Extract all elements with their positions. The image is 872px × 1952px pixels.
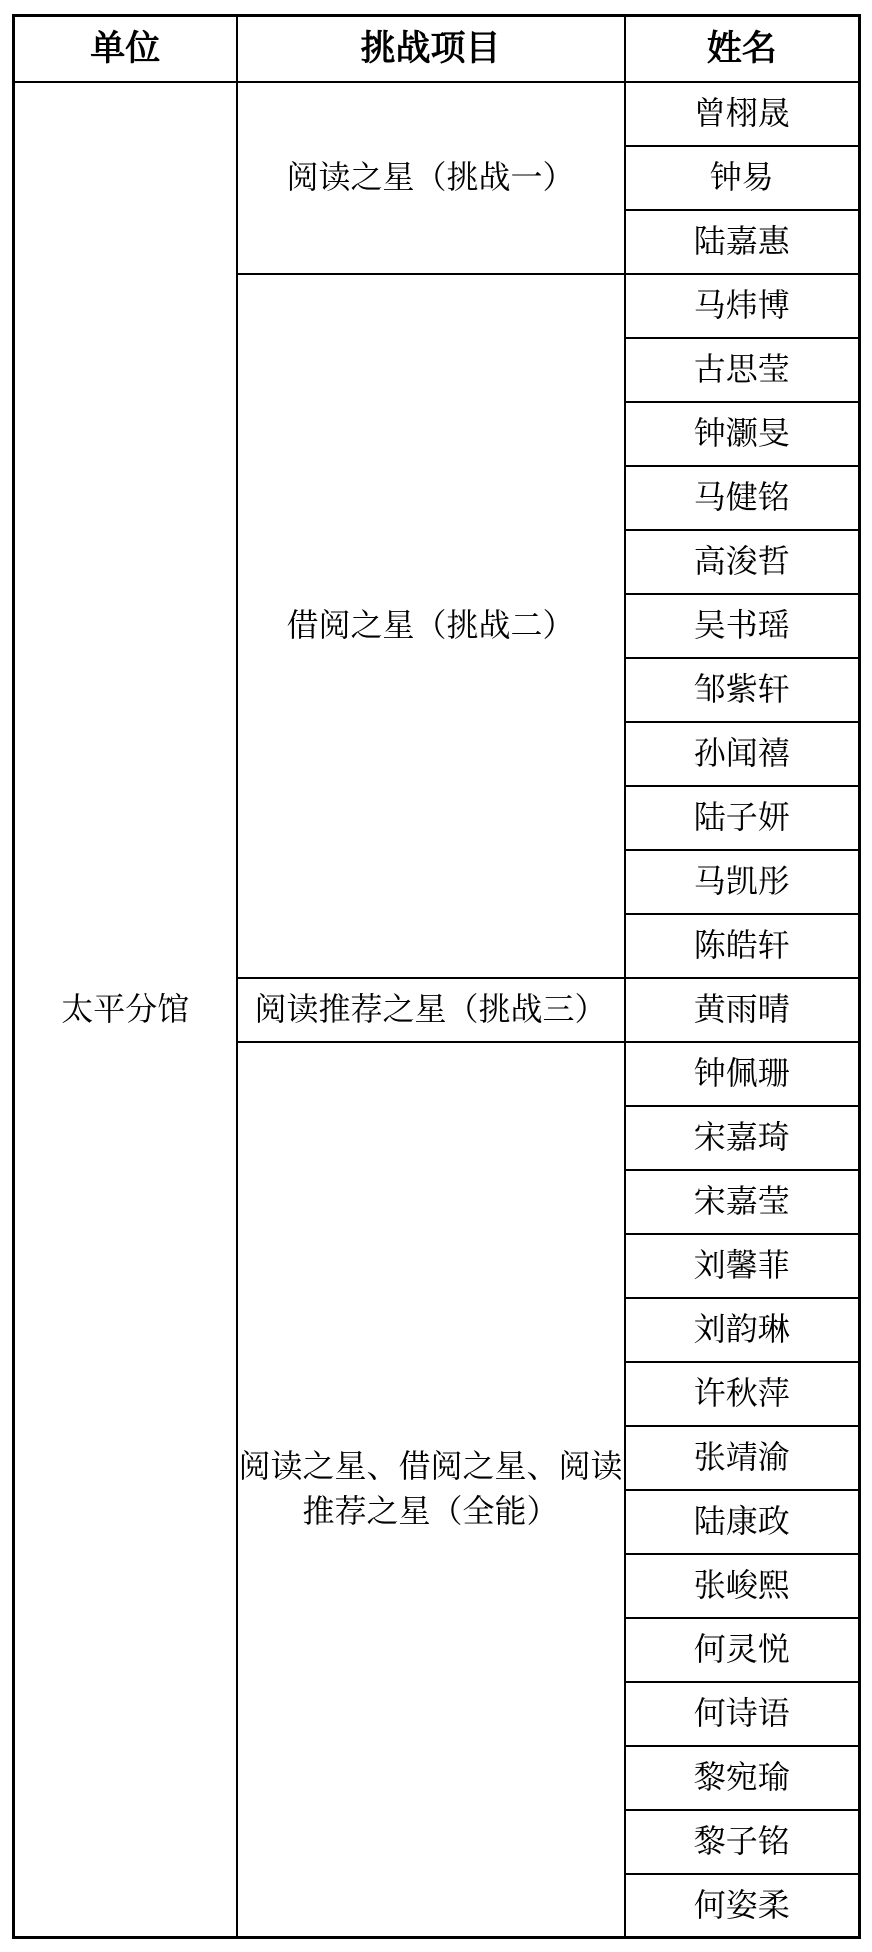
name-cell: 陆子妍 — [625, 786, 860, 850]
awards-table: 单位 挑战项目 姓名 太平分馆阅读之星（挑战一）曾栩晟钟易陆嘉惠借阅之星（挑战二… — [12, 14, 861, 1939]
project-cell: 借阅之星（挑战二） — [237, 274, 625, 978]
name-cell: 许秋萍 — [625, 1362, 860, 1426]
name-cell: 陆康政 — [625, 1490, 860, 1554]
header-project: 挑战项目 — [237, 16, 625, 82]
name-cell: 陈皓轩 — [625, 914, 860, 978]
name-cell: 高浚哲 — [625, 530, 860, 594]
name-cell: 马炜博 — [625, 274, 860, 338]
name-cell: 黄雨晴 — [625, 978, 860, 1042]
project-cell: 阅读之星、借阅之星、阅读推荐之星（全能） — [237, 1042, 625, 1938]
name-cell: 刘馨菲 — [625, 1234, 860, 1298]
name-cell: 张峻熙 — [625, 1554, 860, 1618]
name-cell: 刘韵琳 — [625, 1298, 860, 1362]
name-cell: 何灵悦 — [625, 1618, 860, 1682]
name-cell: 钟易 — [625, 146, 860, 210]
header-unit: 单位 — [14, 16, 237, 82]
name-cell: 古思莹 — [625, 338, 860, 402]
name-cell: 邹紫轩 — [625, 658, 860, 722]
name-cell: 何姿柔 — [625, 1874, 860, 1938]
name-cell: 陆嘉惠 — [625, 210, 860, 274]
name-cell: 吴书瑶 — [625, 594, 860, 658]
name-cell: 何诗语 — [625, 1682, 860, 1746]
name-cell: 钟灏旻 — [625, 402, 860, 466]
unit-cell: 太平分馆 — [14, 82, 237, 1938]
name-cell: 马凯彤 — [625, 850, 860, 914]
name-cell: 曾栩晟 — [625, 82, 860, 146]
table-row: 太平分馆阅读之星（挑战一）曾栩晟 — [14, 82, 860, 146]
document-page: 单位 挑战项目 姓名 太平分馆阅读之星（挑战一）曾栩晟钟易陆嘉惠借阅之星（挑战二… — [0, 0, 872, 1952]
header-row: 单位 挑战项目 姓名 — [14, 16, 860, 82]
name-cell: 张靖渝 — [625, 1426, 860, 1490]
name-cell: 宋嘉莹 — [625, 1170, 860, 1234]
name-cell: 钟佩珊 — [625, 1042, 860, 1106]
project-cell: 阅读推荐之星（挑战三） — [237, 978, 625, 1042]
table-body: 太平分馆阅读之星（挑战一）曾栩晟钟易陆嘉惠借阅之星（挑战二）马炜博古思莹钟灏旻马… — [14, 82, 860, 1938]
name-cell: 黎子铭 — [625, 1810, 860, 1874]
name-cell: 宋嘉琦 — [625, 1106, 860, 1170]
table-header: 单位 挑战项目 姓名 — [14, 16, 860, 82]
name-cell: 孙闻禧 — [625, 722, 860, 786]
project-cell: 阅读之星（挑战一） — [237, 82, 625, 274]
name-cell: 马健铭 — [625, 466, 860, 530]
name-cell: 黎宛瑜 — [625, 1746, 860, 1810]
header-name: 姓名 — [625, 16, 860, 82]
